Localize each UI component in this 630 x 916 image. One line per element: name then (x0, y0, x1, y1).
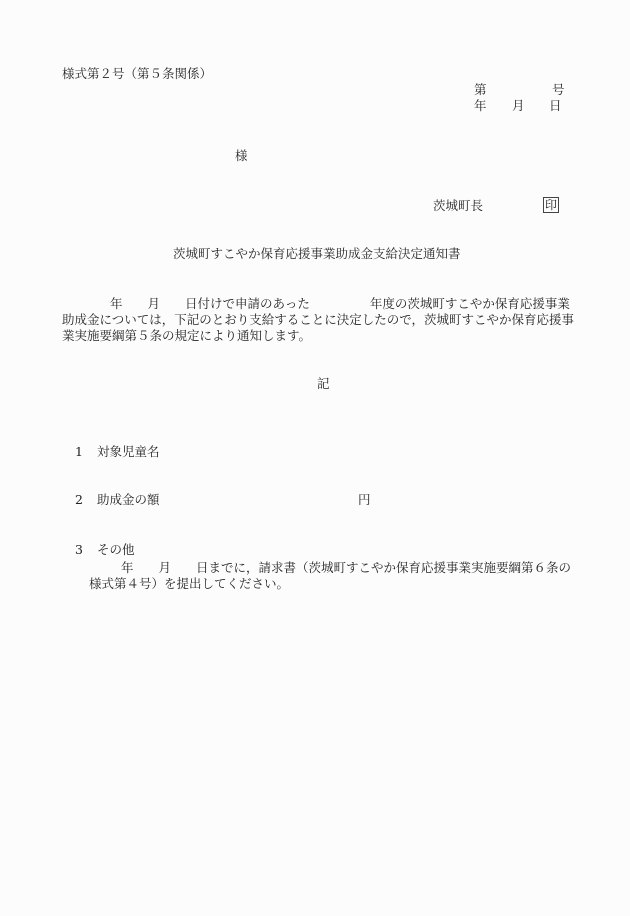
reference-number-suffix: 号 (552, 84, 565, 97)
item-3-detail-line-2: 様式第４号）を提出してください。 (89, 576, 597, 592)
applied-month: 月 (148, 296, 161, 311)
document-title: 茨城町すこやか保育応援事業助成金支給決定通知書 (173, 248, 461, 261)
form-number: 様式第２号（第５条関係） (62, 68, 212, 81)
item-2-amount-unit: 円 (358, 494, 371, 507)
seal-icon: 印 (543, 197, 559, 213)
item-2-number: 2 (75, 494, 83, 507)
notice-body: 年月日付けで申請のあった年度の茨城町すこやか保育応援事業 助成金については，下記… (62, 296, 592, 344)
fiscal-year-text: 年度の茨城町すこやか保育応援事業 (370, 296, 570, 311)
item-3-number: 3 (75, 544, 83, 557)
notice-body-line-3: 業実施要綱第５条の規定により通知します。 (62, 328, 592, 344)
issue-date-day: 日 (549, 100, 562, 113)
item-2-label: 助成金の額 (97, 494, 160, 507)
issue-date-month: 月 (512, 100, 525, 113)
addressee-honorific: 様 (235, 150, 248, 163)
deadline-year: 年 (121, 560, 134, 575)
notice-body-line-2: 助成金については，下記のとおり支給することに決定したので，茨城町すこやか保育応援… (62, 312, 592, 328)
applied-year: 年 (110, 296, 123, 311)
item-3-detail: 年月日までに，請求書（茨城町すこやか保育応援事業実施要綱第６条の 様式第４号）を… (97, 560, 597, 592)
ki-heading: 記 (317, 378, 330, 391)
item-3-label: その他 (97, 544, 135, 557)
issuer-name: 茨城町長 (433, 200, 483, 213)
item-1-label: 対象児童名 (97, 446, 160, 459)
deadline-text: 日までに，請求書（茨城町すこやか保育応援事業実施要綱第６条の (196, 560, 571, 575)
item-1-number: 1 (75, 446, 83, 459)
issue-date-year: 年 (474, 100, 487, 113)
reference-number-label: 第 (474, 84, 487, 97)
applied-day-text: 日付けで申請のあった (185, 296, 310, 311)
item-3-detail-line-1: 年月日までに，請求書（茨城町すこやか保育応援事業実施要綱第６条の (97, 560, 597, 576)
deadline-month: 月 (159, 560, 172, 575)
notice-body-line-1: 年月日付けで申請のあった年度の茨城町すこやか保育応援事業 (62, 296, 592, 312)
